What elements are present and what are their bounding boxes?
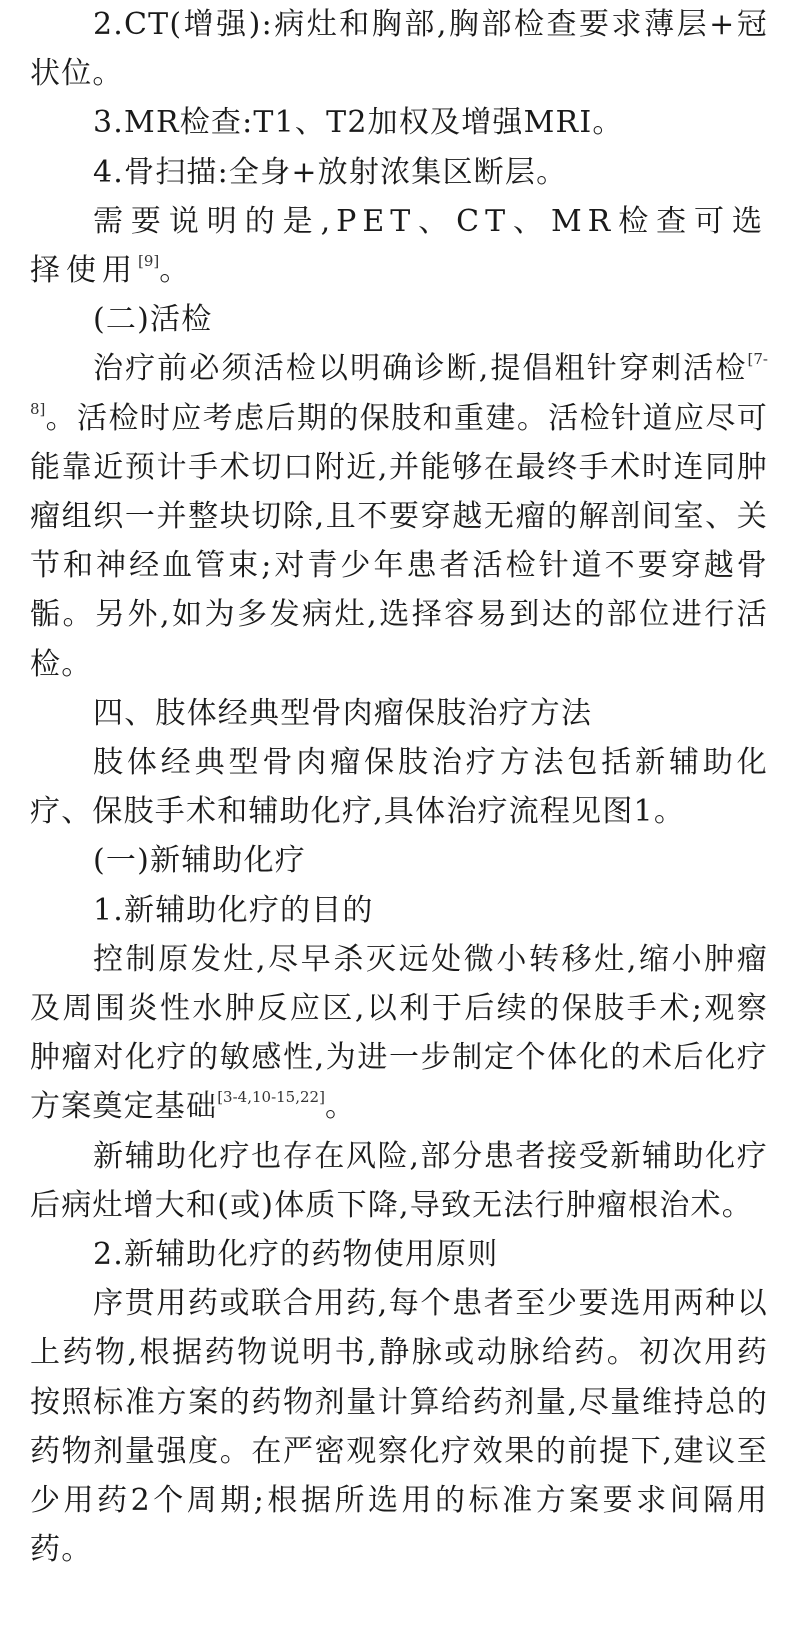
list-item-mr: 3.MR检查:T1、T2加权及增强MRI。 — [30, 98, 768, 147]
list-item-ct: 2.CT(增强):病灶和胸部,胸部检查要求薄层+冠状位。 — [30, 0, 768, 98]
heading-text: (一)新辅助化疗 — [93, 843, 306, 878]
paragraph-text: 3.MR检查:T1、T2加权及增强MRI。 — [93, 105, 624, 140]
paragraph-text: 4.骨扫描:全身+放射浓集区断层。 — [93, 155, 567, 190]
paragraph-biopsy: 治疗前必须活检以明确诊断,提倡粗针穿刺活检[7-8]。活检时应考虑后期的保肢和重… — [30, 344, 768, 688]
list-item-bone-scan: 4.骨扫描:全身+放射浓集区断层。 — [30, 148, 768, 197]
paragraph-text: 控制原发灶,尽早杀灭远处微小转移灶,缩小肿瘤及周围炎性水肿反应区,以利于后续的保… — [30, 942, 768, 1125]
paragraph-imaging-note: 需要说明的是,PET、CT、MR检查可选择使用[9]。 — [30, 197, 768, 295]
heading-text: 四、肢体经典型骨肉瘤保肢治疗方法 — [93, 696, 592, 731]
paragraph-tail: 。 — [159, 253, 190, 288]
paragraph-text: 序贯用药或联合用药,每个患者至少要选用两种以上药物,根据药物说明书,静脉或动脉给… — [30, 1286, 768, 1567]
heading-text: 1.新辅助化疗的目的 — [93, 893, 374, 928]
paragraph-drug-principles: 序贯用药或联合用药,每个患者至少要选用两种以上药物,根据药物说明书,静脉或动脉给… — [30, 1279, 768, 1574]
paragraph-risk: 新辅助化疗也存在风险,部分患者接受新辅助化疗后病灶增大和(或)体质下降,导致无法… — [30, 1132, 768, 1230]
paragraph-tail: 。 — [325, 1089, 356, 1124]
paragraph-text: 2.CT(增强):病灶和胸部,胸部检查要求薄层+冠状位。 — [30, 7, 768, 91]
paragraph-text: 治疗前必须活检以明确诊断,提倡粗针穿刺活检 — [93, 351, 748, 386]
paragraph-treatment-overview: 肢体经典型骨肉瘤保肢治疗方法包括新辅助化疗、保肢手术和辅助化疗,具体治疗流程见图… — [30, 738, 768, 836]
paragraph-tail: 。活检时应考虑后期的保肢和重建。活检针道应尽可能靠近预计手术切口附近,并能够在最… — [30, 401, 768, 682]
section-heading-treatment-methods: 四、肢体经典型骨肉瘤保肢治疗方法 — [30, 689, 768, 738]
section-heading-neoadjuvant: (一)新辅助化疗 — [30, 836, 768, 885]
subsection-heading-drug-principles: 2.新辅助化疗的药物使用原则 — [30, 1230, 768, 1279]
heading-text: 2.新辅助化疗的药物使用原则 — [93, 1237, 498, 1272]
citation: [3-4,10-15,22] — [217, 1088, 325, 1106]
subsection-heading-purpose: 1.新辅助化疗的目的 — [30, 886, 768, 935]
citation: [9] — [138, 252, 159, 270]
paragraph-text: 新辅助化疗也存在风险,部分患者接受新辅助化疗后病灶增大和(或)体质下降,导致无法… — [30, 1139, 768, 1223]
paragraph-text: 肢体经典型骨肉瘤保肢治疗方法包括新辅助化疗、保肢手术和辅助化疗,具体治疗流程见图… — [30, 745, 768, 829]
paragraph-text: 需要说明的是,PET、CT、MR检查可选择使用 — [30, 204, 768, 288]
heading-text: (二)活检 — [93, 302, 212, 337]
document-page: 2.CT(增强):病灶和胸部,胸部检查要求薄层+冠状位。 3.MR检查:T1、T… — [30, 0, 768, 1575]
paragraph-purpose: 控制原发灶,尽早杀灭远处微小转移灶,缩小肿瘤及周围炎性水肿反应区,以利于后续的保… — [30, 935, 768, 1132]
section-heading-biopsy: (二)活检 — [30, 295, 768, 344]
